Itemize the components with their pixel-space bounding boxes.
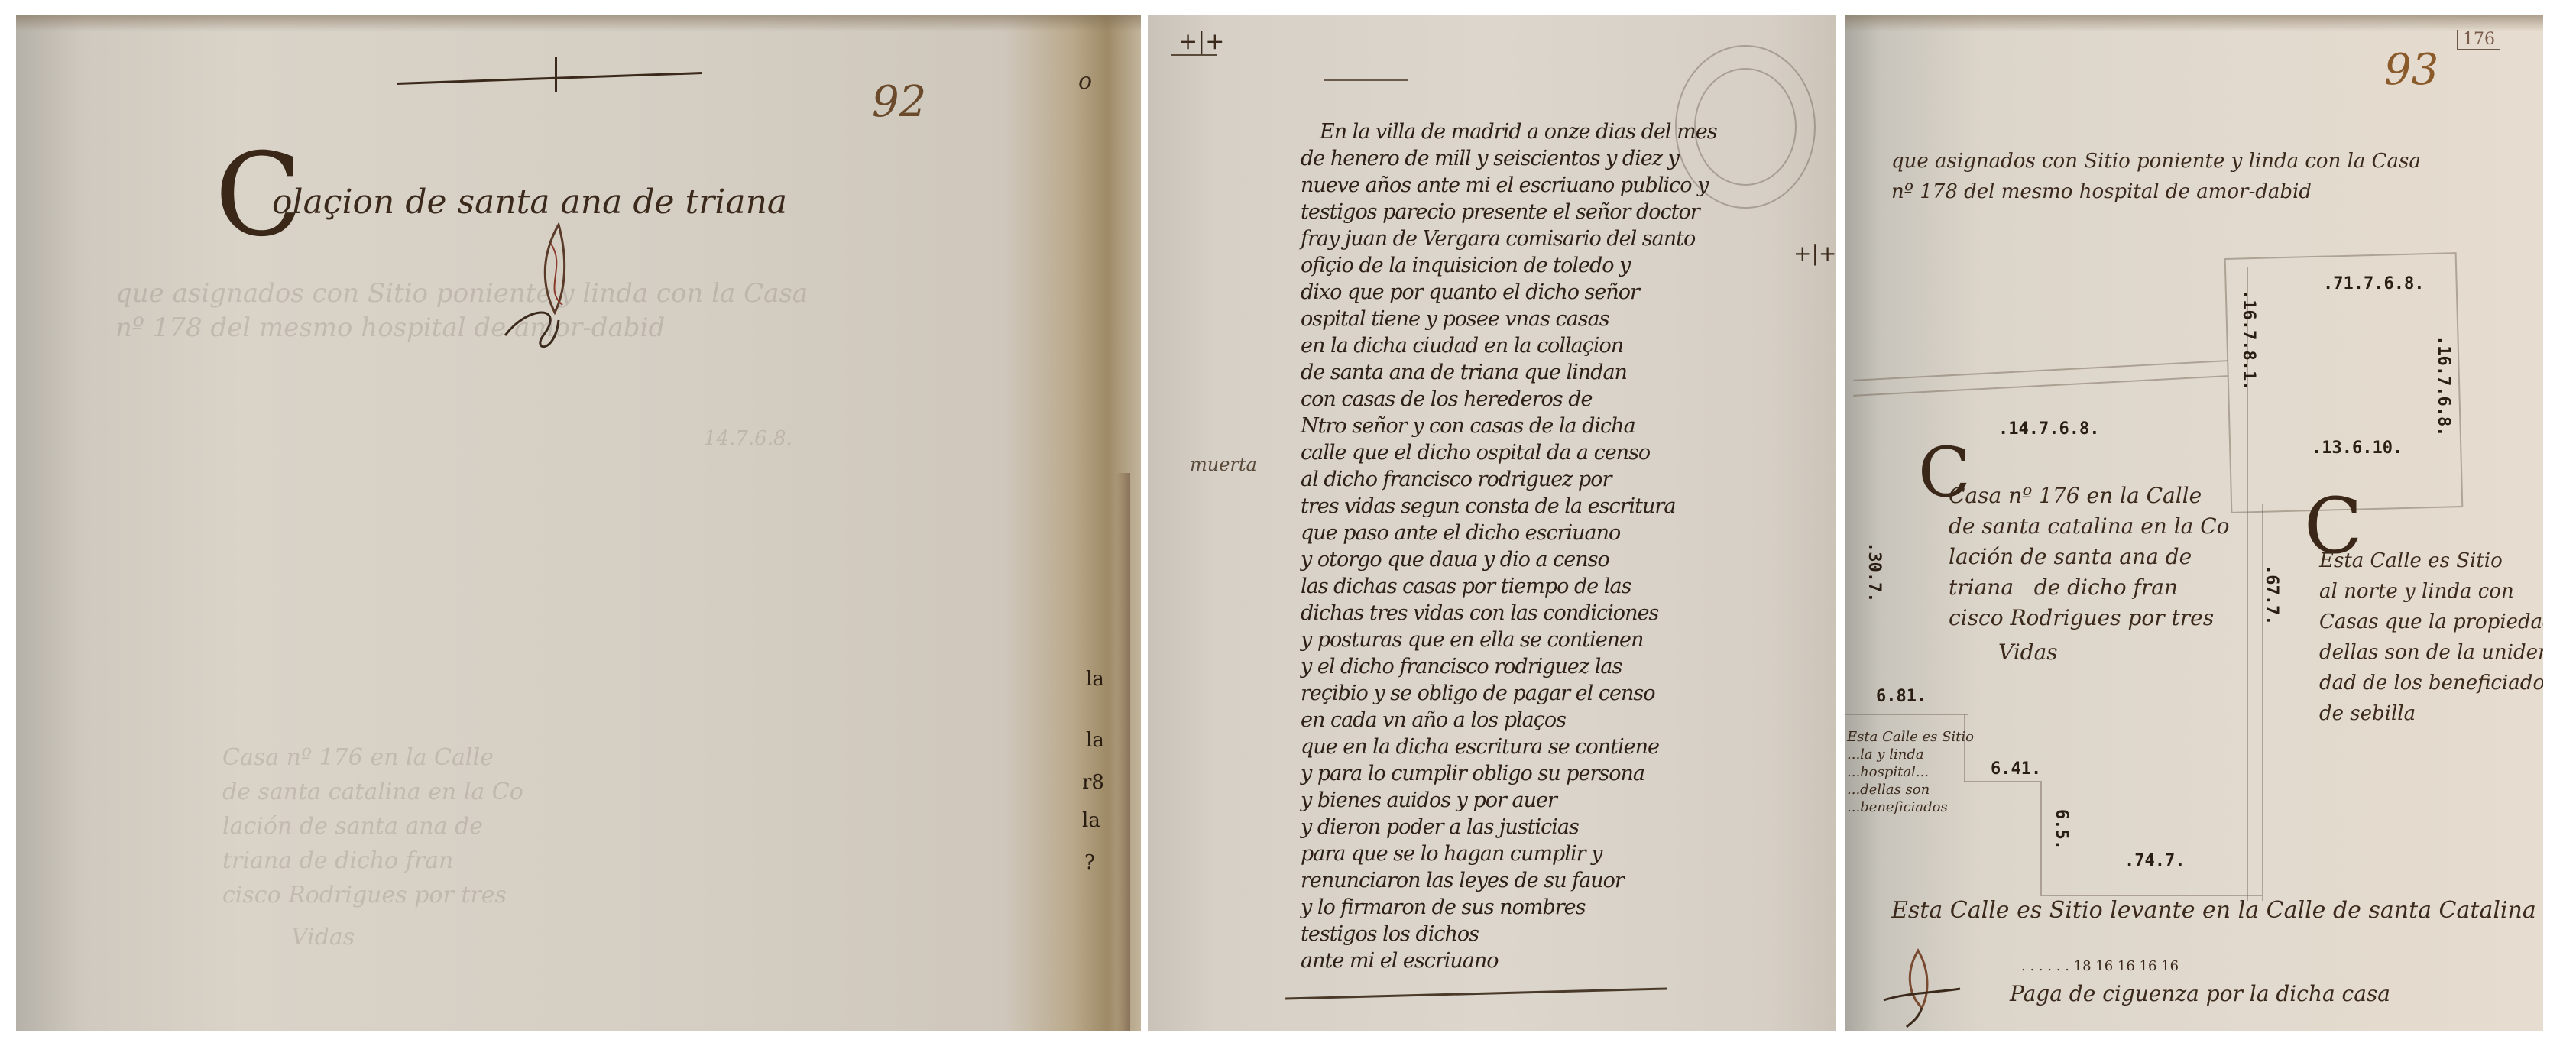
plan-line-vertical <box>2262 504 2263 901</box>
bleed-line: lación de santa ana de <box>222 813 483 840</box>
footer-payment-line: Paga de ciguenza por la dicha casa <box>2010 981 2390 1006</box>
text-line: que en la dicha escritura se contiene <box>1301 735 1659 759</box>
dimension-label: .16.7.8.1. <box>2239 290 2258 390</box>
text-line: y lo firmaron de sus nombres <box>1301 895 1585 919</box>
right-manuscript-page: 176 93 que asignados con Sitio poniente … <box>1845 15 2543 1031</box>
cross-mark <box>1324 79 1408 81</box>
page-edge-stain <box>1116 473 1130 1031</box>
text-line: testigos los dichos <box>1301 922 1479 946</box>
bleed-line: de santa catalina en la Co <box>222 779 523 805</box>
dimension-label: .16.7.6.8. <box>2434 335 2453 436</box>
note-line: triana de dicho fran <box>1949 572 2178 603</box>
note-line: lación de santa ana de <box>1949 542 2192 572</box>
dimension-label: 6.41. <box>1991 759 2041 779</box>
bleed-line: Vidas <box>291 924 355 951</box>
text-line: dixo que por quanto el dicho señor <box>1301 280 1639 304</box>
text-line: ante mi el escriuano <box>1301 949 1499 973</box>
text-line: en la dicha ciudad en la collaçion <box>1301 334 1623 358</box>
folio-number: 93 <box>2384 45 2438 95</box>
plan-step <box>1964 714 1965 782</box>
note-line: Vidas <box>1998 637 2058 668</box>
note-line: dad de los beneficiados <box>2319 668 2543 698</box>
edge-mark: la <box>1086 729 1104 752</box>
header-underline <box>1171 54 1217 56</box>
text-line: de santa ana de triana que lindan <box>1301 361 1627 384</box>
note-line: ...hospital... <box>1847 764 1929 780</box>
note-line: de sebilla <box>2319 698 2416 729</box>
edge-mark: ? <box>1084 851 1095 874</box>
bleed-line: nº 178 del mesmo hospital de amor-dabid <box>115 313 665 343</box>
closing-rule <box>1285 987 1667 999</box>
note-line: Esta Calle es Sitio <box>1847 729 1974 745</box>
page-top-shadow <box>16 15 1141 31</box>
dimension-label: .13.6.10. <box>2312 439 2403 458</box>
edge-mark: la <box>1086 668 1104 691</box>
text-line: ospital tiene y posee vnas casas <box>1301 307 1609 331</box>
bleed-line: Casa nº 176 en la Calle <box>222 744 494 771</box>
bleed-line: triana de dicho fran <box>222 847 453 874</box>
edge-mark: r8 <box>1082 771 1104 794</box>
text-line: que paso ante el dicho escriuano <box>1301 521 1620 545</box>
text-line: calle que el dicho ospital da a censo <box>1301 441 1650 465</box>
note-line: al norte y linda con <box>2319 576 2514 607</box>
note-line: Casas que la propiedad <box>2319 607 2543 637</box>
plan-step <box>2040 781 2042 895</box>
text-line: reçibio y se obligo de pagar el censo <box>1301 682 1654 705</box>
footer-numbers: . . . . . . 18 16 16 16 16 <box>2021 958 2179 974</box>
note-line: ...beneficiados <box>1847 799 1948 815</box>
text-line: al dicho francisco rodriguez por <box>1301 468 1611 491</box>
note-line: Esta Calle es Sitio <box>2319 546 2503 576</box>
middle-manuscript-page: +|+ +|+ muerta En la villa de madrid a o… <box>1148 15 1836 1031</box>
dimension-label: 6.81. <box>1876 687 1926 706</box>
dimension-label: 6.5. <box>2052 809 2071 850</box>
dimension-label: .30.7. <box>1865 542 1884 602</box>
text-line: y dieron poder a las justicias <box>1301 815 1579 839</box>
text-line: fray juan de Vergara comisario del santo <box>1301 227 1695 251</box>
text-line: testigos parecio presente el señor docto… <box>1301 200 1700 224</box>
text-line: en cada vn año a los plaços <box>1301 708 1566 732</box>
text-line: Ntro señor y con casas de la dicha <box>1301 414 1635 438</box>
text-line: dichas tres vidas con las condiciones <box>1301 601 1658 625</box>
folio-number: 92 <box>872 77 926 127</box>
text-line: y posturas que en ella se contienen <box>1301 628 1643 652</box>
text-line: de henero de mill y seiscientos y diez y <box>1301 147 1679 170</box>
plan-line <box>1853 375 2227 397</box>
right-margin-mark: +|+ <box>1793 241 1836 266</box>
text-line: para que se lo hagan cumplir y <box>1301 842 1602 866</box>
note-line: ...dellas son <box>1847 782 1930 798</box>
page-top-shadow <box>1845 15 2543 31</box>
text-line: y el dicho francisco rodriguez las <box>1301 655 1622 678</box>
text-line: las dichas casas por tiempo de las <box>1301 575 1631 598</box>
note-line: de santa catalina en la Co <box>1949 511 2230 542</box>
paraph-flourish-icon <box>1876 947 1968 1031</box>
margin-note: muerta <box>1190 454 1257 475</box>
bleed-line: cisco Rodrigues por tres <box>222 882 507 908</box>
bleed-line: que asignados con Sitio poniente y linda… <box>115 278 808 309</box>
header-line: nº 178 del mesmo hospital de amor-dabid <box>1891 176 2312 207</box>
note-line: Casa nº 176 en la Calle <box>1949 481 2202 511</box>
text-line: renunciaron las leyes de su fauor <box>1301 869 1624 892</box>
left-manuscript-page: 92 o C olaçion de santa ana de triana qu… <box>16 15 1141 1031</box>
text-line: ofiçio de la inquisicion de toledo y <box>1301 254 1630 277</box>
bleed-line: 14.7.6.8. <box>704 427 792 450</box>
text-line: En la villa de madrid a onze dias del me… <box>1320 120 1717 144</box>
dimension-label: .67.7. <box>2262 565 2281 625</box>
note-line: ...la y linda <box>1847 746 1924 763</box>
edge-mark: la <box>1082 809 1100 832</box>
text-line: nueve años ante mi el escriuano publico … <box>1301 173 1708 197</box>
page-title: olaçion de santa ana de triana <box>272 183 787 222</box>
dimension-label: .14.7.6.8. <box>1998 419 2099 439</box>
header-mark: +|+ <box>1178 28 1224 55</box>
corner-box-number: 176 <box>2457 30 2500 50</box>
note-line: cisco Rodrigues por tres <box>1949 603 2214 633</box>
text-line: y otorgo que daua y dio a censo <box>1301 548 1609 572</box>
plan-step <box>2040 895 2262 896</box>
plan-step <box>1964 781 2040 782</box>
text-line: y bienes auidos y por auer <box>1301 789 1557 812</box>
note-line: dellas son de la unidersi <box>2319 637 2543 668</box>
cross-mark-vertical <box>555 57 557 92</box>
bottom-street-note: Esta Calle es Sitio levante en la Calle … <box>1891 897 2536 924</box>
dimension-label: .71.7.6.8. <box>2323 274 2424 293</box>
edge-mark-top: o <box>1078 68 1092 95</box>
cross-mark-horizontal <box>397 72 702 85</box>
dimension-label: .74.7. <box>2124 851 2185 870</box>
text-line: y para lo cumplir obligo su persona <box>1301 762 1644 785</box>
plan-step <box>1845 714 1968 715</box>
text-line: tres vidas segun consta de la escritura <box>1301 494 1675 518</box>
header-line: que asignados con Sitio poniente y linda… <box>1891 146 2421 176</box>
text-line: con casas de los herederos de <box>1301 387 1593 411</box>
